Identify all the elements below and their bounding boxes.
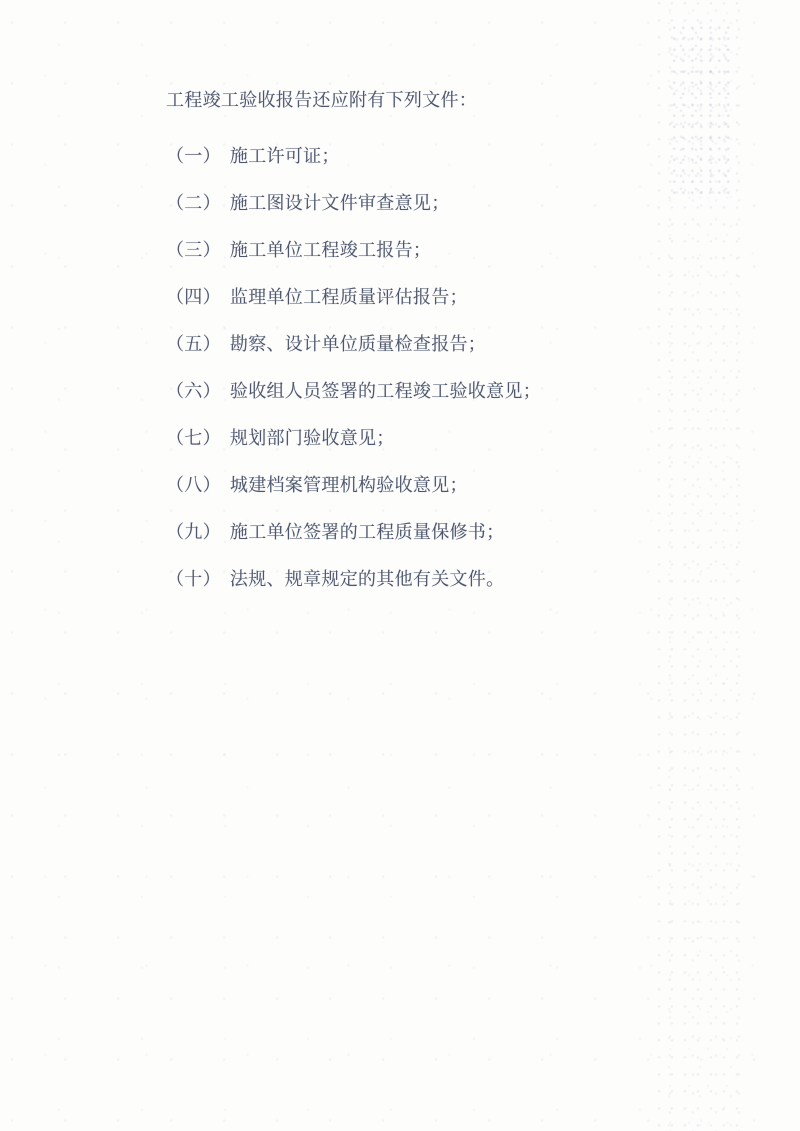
item-text: 规划部门验收意见； <box>230 428 395 448</box>
item-text: 施工图设计文件审查意见； <box>230 193 450 213</box>
item-text: 法规、规章规定的其他有关文件。 <box>230 569 505 589</box>
attachment-list: （一）施工许可证； （二）施工图设计文件审查意见； （三）施工单位工程竣工报告；… <box>166 144 726 591</box>
item-marker: （四） <box>166 287 221 307</box>
item-marker: （五） <box>166 334 221 354</box>
item-text: 验收组人员签署的工程竣工验收意见； <box>230 381 541 401</box>
list-item: （四）监理单位工程质量评估报告； <box>166 285 726 309</box>
document-content: 工程竣工验收报告还应附有下列文件： （一）施工许可证； （二）施工图设计文件审查… <box>166 88 726 614</box>
item-marker: （十） <box>166 569 221 589</box>
list-item: （七）规划部门验收意见； <box>166 426 726 450</box>
item-marker: （三） <box>166 240 221 260</box>
item-marker: （六） <box>166 381 221 401</box>
item-text: 施工单位工程竣工报告； <box>230 240 431 260</box>
list-item: （八）城建档案管理机构验收意见； <box>166 473 726 497</box>
list-item: （一）施工许可证； <box>166 144 726 168</box>
item-text: 勘察、设计单位质量检查报告； <box>230 334 486 354</box>
list-item: （六）验收组人员签署的工程竣工验收意见； <box>166 379 726 403</box>
item-text: 城建档案管理机构验收意见； <box>230 475 468 495</box>
scanned-document-page: 工程竣工验收报告还应附有下列文件： （一）施工许可证； （二）施工图设计文件审查… <box>0 0 800 1131</box>
item-text: 施工单位签署的工程质量保修书； <box>230 522 505 542</box>
item-text: 施工许可证； <box>230 146 340 166</box>
list-item: （五）勘察、设计单位质量检查报告； <box>166 332 726 356</box>
list-item: （三）施工单位工程竣工报告； <box>166 238 726 262</box>
item-marker: （九） <box>166 522 221 542</box>
list-item: （十）法规、规章规定的其他有关文件。 <box>166 567 726 591</box>
item-text: 监理单位工程质量评估报告； <box>230 287 468 307</box>
item-marker: （七） <box>166 428 221 448</box>
item-marker: （一） <box>166 146 221 166</box>
item-marker: （二） <box>166 193 221 213</box>
list-item: （九）施工单位签署的工程质量保修书； <box>166 520 726 544</box>
document-heading: 工程竣工验收报告还应附有下列文件： <box>166 88 726 112</box>
item-marker: （八） <box>166 475 221 495</box>
list-item: （二）施工图设计文件审查意见； <box>166 191 726 215</box>
